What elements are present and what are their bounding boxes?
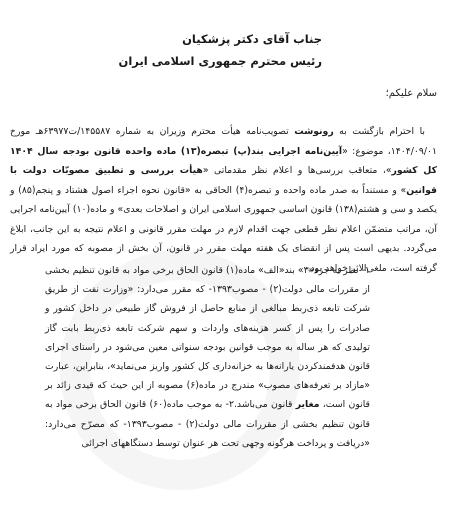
objection-item-1: ۱- نظر به جزء«۳» بند«الف» ماده(۱) قانون …: [45, 261, 370, 453]
addressee-block: جناب آقای دکتر پزشکیان رئیس محترم جمهوری…: [119, 28, 322, 72]
para-text: با احترام بازگشت به: [334, 126, 425, 137]
greeting: سلام علیکم؛: [386, 88, 437, 99]
addressee-title: رئیس محترم جمهوری اسلامی ایران: [119, 50, 322, 72]
item-bold: مغایر: [296, 399, 320, 410]
letter-page: جناب آقای دکتر پزشکیان رئیس محترم جمهوری…: [0, 0, 450, 520]
addressee-name: جناب آقای دکتر پزشکیان: [119, 28, 322, 50]
main-paragraph: با احترام بازگشت به رونوشت تصویب‌نامه هی…: [10, 122, 437, 278]
para-text: »، متعاقب بررسی‌ها و اعلام نظر مقدماتی «: [203, 165, 392, 176]
para-bold: رونوشت: [294, 126, 333, 137]
item-text: ۱- نظر به جزء«۳» بند«الف» ماده(۱) قانون …: [45, 265, 370, 410]
